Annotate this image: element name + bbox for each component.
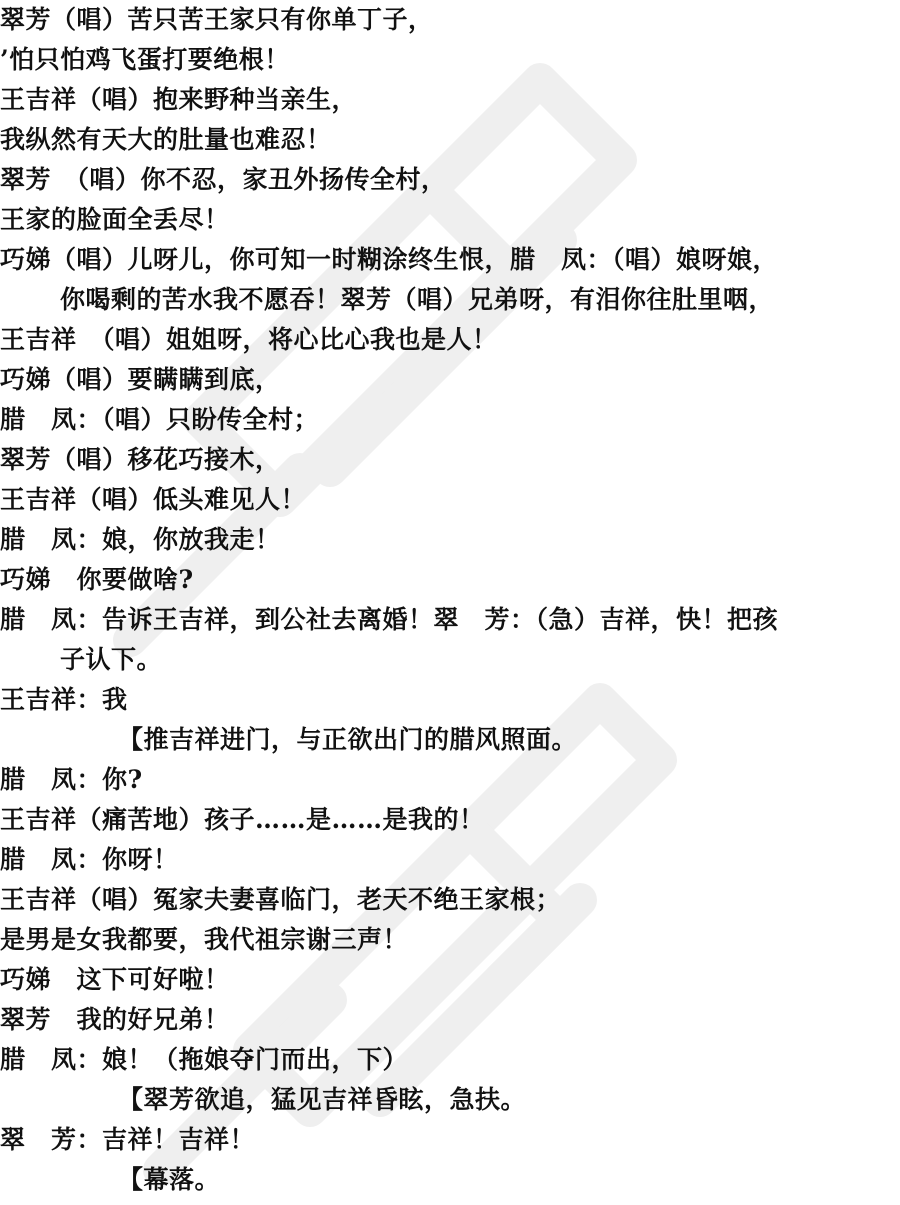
script-line: ’怕只怕鸡飞蛋打要绝根！ <box>0 40 290 80</box>
script-line: 腊 凤：（唱）只盼传全村； <box>0 400 319 440</box>
script-line: 你喝剩的苦水我不愿吞！翠芳（唱）兄弟呀，有泪你往肚里咽， <box>60 280 774 320</box>
script-line: 王吉祥（唱）低头难见人！ <box>0 480 306 520</box>
script-line: 巧娣 你要做啥? <box>0 560 194 600</box>
script-line: 王吉祥 （唱）姐姐呀，将心比心我也是人！ <box>0 320 498 360</box>
script-line: 翠 芳：吉祥！吉祥！ <box>0 1120 255 1160</box>
script-line: 巧娣（唱）要瞒瞒到底， <box>0 360 281 400</box>
script-line: 翠芳（唱）移花巧接木， <box>0 440 281 480</box>
stage-direction: 【推吉祥进门，与正欲出门的腊风照面。 <box>118 720 577 760</box>
script-line: 巧娣 这下可好啦！ <box>0 960 230 1000</box>
script-line: 腊 凤：你? <box>0 760 143 800</box>
script-line: 翠芳 我的好兄弟！ <box>0 1000 230 1040</box>
script-line: 腊 凤：娘，你放我走！ <box>0 520 281 560</box>
script-line: 王吉祥（唱）冤家夫妻喜临门，老天不绝王家根； <box>0 880 561 920</box>
script-line: 王吉祥（痛苦地）孩子……是……是我的！ <box>0 800 485 840</box>
script-line: 子认下。 <box>60 640 162 680</box>
script-line: 我纵然有天大的肚量也难忍！ <box>0 120 332 160</box>
script-line: 翠芳 （唱）你不忍，家丑外扬传全村， <box>0 160 447 200</box>
script-line: 王吉祥：我 <box>0 680 128 720</box>
script-line: 腊 凤：你呀！ <box>0 840 179 880</box>
stage-direction: 【幕落。 <box>118 1160 220 1200</box>
stage-direction: 【翠芳欲追，猛见吉祥昏眩，急扶。 <box>118 1080 526 1120</box>
script-line: 腊 凤：娘！（拖娘夺门而出，下） <box>0 1040 408 1080</box>
script-line: 王家的脸面全丢尽！ <box>0 200 230 240</box>
script-line: 王吉祥（唱）抱来野种当亲生， <box>0 80 357 120</box>
script-line: 翠芳（唱）苦只苦王家只有你单丁子， <box>0 0 434 40</box>
script-line: 巧娣（唱）儿呀儿，你可知一时糊涂终生恨，腊 凤：（唱）娘呀娘， <box>0 240 778 280</box>
script-line: 是男是女我都要，我代祖宗谢三声！ <box>0 920 408 960</box>
script-line: 腊 凤：告诉王吉祥，到公社去离婚！翠 芳：（急）吉祥，快！把孩 <box>0 600 778 640</box>
